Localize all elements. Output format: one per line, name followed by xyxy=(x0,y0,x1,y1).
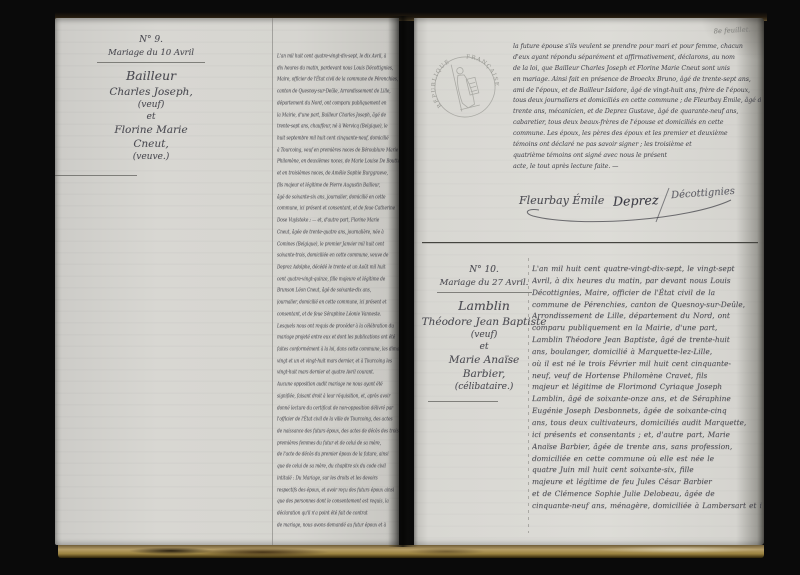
record-separator-rule xyxy=(422,242,758,243)
groom-surname: Bailleur xyxy=(126,67,176,85)
manuscript-line: neuf, veuf de Hortense Philomène Cravet,… xyxy=(532,372,762,381)
manuscript-line: fils majeur et légitime de Pierre August… xyxy=(277,182,399,189)
record-10-margin-notes: N° 10. Mariage du 27 Avril. Lamblin Théo… xyxy=(422,264,546,402)
manuscript-line: âgé de soixante-six ans, journalier, dom… xyxy=(277,194,399,201)
manuscript-line: quatre Juin mil huit cent soixante-six, … xyxy=(532,466,762,475)
manuscript-line: trente ans, mécanicien, et de Deprez Gus… xyxy=(513,108,761,115)
pencil-folio-note: 8e feuillet. xyxy=(713,26,750,35)
manuscript-line: déclaration qu'il n'a point été fait de … xyxy=(277,510,399,517)
manuscript-line: où il est né le trois Février mil huit c… xyxy=(532,360,762,369)
bride-given-names: Marie Anaïse xyxy=(449,353,520,367)
groom-surname: Lamblin xyxy=(458,297,510,315)
manuscript-line: huit septembre mil huit cent cinquante-n… xyxy=(277,135,399,142)
manuscript-line: ans, boulanger, domicilié à Marquette-le… xyxy=(532,348,762,357)
manuscript-line: premières femmes du futur et de celui de… xyxy=(277,440,399,447)
manuscript-line: signifiée, faisant droit à leur réquisit… xyxy=(277,393,399,400)
bride-status: (célibataire.) xyxy=(455,381,514,393)
manuscript-line: Philomène, en deuxièmes noces, de Marie … xyxy=(277,158,399,165)
manuscript-line: ans, tous deux cultivateurs, domiciliés … xyxy=(532,419,762,428)
manuscript-line: acte, le tout après lecture faite. — xyxy=(513,163,761,170)
signature-witness: Deprez xyxy=(613,192,659,209)
manuscript-line: et en troisièmes noces, de Amélie Sophie… xyxy=(277,170,399,177)
manuscript-line: Lesquels nous ont requis de procéder à l… xyxy=(277,323,399,330)
manuscript-line: comparu publiquement en la Mairie, d'une… xyxy=(532,324,762,333)
record-9-act-text: L'an mil huit cent quatre-vingt-dix-sept… xyxy=(277,53,399,535)
manuscript-line: ami de l'époux, et de Bailleur Isidore, … xyxy=(513,87,761,94)
manuscript-line: ici présents et consentants ; et, d'autr… xyxy=(532,431,762,440)
record-10-act-text: L'an mil huit cent quatre-vingt-dix-sept… xyxy=(532,265,762,517)
record-9-continuation-text: la future épouse s'ils veulent se prendr… xyxy=(513,43,761,177)
photograph-background: N° 9. Mariage du 10 Avril Bailleur Charl… xyxy=(0,0,800,575)
manuscript-line: et de Clémence Sophie Julie Delobeau, âg… xyxy=(532,490,762,499)
manuscript-line: consentant, et de feue Séraphine Léonie … xyxy=(277,311,399,318)
manuscript-line: de mariage, nous avons demandé au futur … xyxy=(277,522,399,529)
conjunction: et xyxy=(480,341,489,353)
bride-surname: Barbier, xyxy=(463,367,506,381)
manuscript-line: Avril, à dix heures du matin, par devant… xyxy=(532,277,762,286)
manuscript-line: que de celui de sa mère, du chapitre six… xyxy=(277,463,399,470)
manuscript-line: quatrième témoins ont signé avec nous le… xyxy=(513,152,761,159)
manuscript-line: trente-sept ans, chauffeur, né à Wervicq… xyxy=(277,123,399,130)
signature-witness: Fleurbay Émile xyxy=(519,194,604,207)
manuscript-line: L'an mil huit cent quatre-vingt-dix-sept… xyxy=(532,265,762,274)
conjunction: et xyxy=(147,111,156,123)
manuscript-line: intitulé : Du Mariage, sur les droits et… xyxy=(277,475,399,482)
margin-end-divider xyxy=(55,175,137,176)
manuscript-line: dix heures du matin, pardevant nous Loui… xyxy=(277,65,399,72)
manuscript-line: Maire, officier de l'État civil de la co… xyxy=(277,76,399,83)
manuscript-line: cinquante-neuf ans, ménagère, domiciliée… xyxy=(532,502,762,511)
manuscript-line: Eugénie Joseph Desbonnets, âgée de soixa… xyxy=(532,407,762,416)
manuscript-line: vingt et un et vingt-huit mars dernier, … xyxy=(277,358,399,365)
manuscript-line: d'eux ayant répondu séparément et affirm… xyxy=(513,54,761,61)
manuscript-line: mariage projeté entre eux et dont les pu… xyxy=(277,334,399,341)
left-page: N° 9. Mariage du 10 Avril Bailleur Charl… xyxy=(55,18,399,545)
manuscript-line: Deprez Adolphe, décédé le trente et un A… xyxy=(277,264,399,271)
manuscript-line: cabaretier, tous deux beaux-frères de l'… xyxy=(513,119,761,126)
left-margin-rule xyxy=(272,18,273,545)
manuscript-line: département du Nord, ont comparu publiqu… xyxy=(277,100,399,107)
manuscript-line: commune, ici présent et consentant, et d… xyxy=(277,205,399,212)
manuscript-line: de naissance des futurs époux, des actes… xyxy=(277,428,399,435)
republique-francaise-seal-icon: RÉPUBLIQUE FRANÇAISE xyxy=(420,42,510,132)
manuscript-line: que des personnes dont le consentement e… xyxy=(277,498,399,505)
manuscript-line: soixante-trois, domiciliée en cette comm… xyxy=(277,252,399,259)
manuscript-line: cent quatre-vingt-quinze, fille majeure … xyxy=(277,276,399,283)
bride-status: (veuve.) xyxy=(133,151,170,163)
record-date: Mariage du 27 Avril. xyxy=(440,277,529,290)
book-gutter xyxy=(388,16,418,547)
manuscript-line: la future épouse s'ils veulent se prendr… xyxy=(513,43,761,50)
manuscript-line: vingt-huit mars dernier et quatre Avril … xyxy=(277,369,399,376)
manuscript-line: témoins ont déclaré ne pas savoir signer… xyxy=(513,141,761,148)
manuscript-line: commune. Les époux, les pères des époux … xyxy=(513,130,761,137)
seal-legend-right: FRANÇAISE xyxy=(465,48,500,93)
margin-end-divider xyxy=(428,401,498,402)
manuscript-line: Arrondissement de Lille, département du … xyxy=(532,312,762,321)
right-page: 8e feuillet. la future épouse s'ils veul… xyxy=(414,18,764,545)
manuscript-line: Lamblin, âgé de soixante-onze ans, et de… xyxy=(532,395,762,404)
manuscript-line: journalier, domicilié en cette commune, … xyxy=(277,299,399,306)
manuscript-line: donné lecture du certificat de non-oppos… xyxy=(277,405,399,412)
record-date: Mariage du 10 Avril xyxy=(108,47,194,60)
manuscript-line: Anaïse Barbier, âgée de trente ans, sans… xyxy=(532,443,762,452)
signatures-row: Fleurbay Émile Deprez Décottignies xyxy=(519,186,764,230)
manuscript-line: domiciliée en cette commune où elle est … xyxy=(532,455,762,464)
manuscript-line: l'officier de l'État civil de la ville d… xyxy=(277,416,399,423)
manuscript-line: de l'acte de décès du premier époux de l… xyxy=(277,451,399,458)
manuscript-line: canton de Quesnoy-sur-Deûle, Arrondissem… xyxy=(277,88,399,95)
record-number: N° 9. xyxy=(139,34,163,47)
manuscript-line: Dose Vuylsteke ; — et, d'autre part, Flo… xyxy=(277,217,399,224)
svg-text:FRANÇAISE: FRANÇAISE xyxy=(465,48,500,93)
manuscript-line: faites conformément à la loi, dans cette… xyxy=(277,346,399,353)
groom-status: (veuf) xyxy=(471,329,498,341)
manuscript-line: majeure et légitime de feu Jules César B… xyxy=(532,478,762,487)
groom-given-names: Théodore Jean Baptiste xyxy=(422,315,547,329)
record-9-margin-notes: N° 9. Mariage du 10 Avril Bailleur Charl… xyxy=(63,34,239,176)
manuscript-line: Lamblin Théodore Jean Baptiste, âgé de t… xyxy=(532,336,762,345)
manuscript-line: la Mairie, d'une part, Bailleur Charles … xyxy=(277,112,399,119)
manuscript-line: de la loi, que Bailleur Charles Joseph e… xyxy=(513,65,761,72)
manuscript-line: majeur et légitime de Florimond Cyriaque… xyxy=(532,383,762,392)
bride-given-names: Florine Marie xyxy=(114,123,187,137)
margin-divider xyxy=(97,62,205,63)
manuscript-line: respectifs des époux, et avoir reçu des … xyxy=(277,487,399,494)
register-book-spread: N° 9. Mariage du 10 Avril Bailleur Charl… xyxy=(52,12,768,560)
manuscript-line: L'an mil huit cent quatre-vingt-dix-sept… xyxy=(277,53,399,60)
manuscript-line: Aucune opposition audit mariage ne nous … xyxy=(277,381,399,388)
bride-surname: Cneut, xyxy=(133,137,168,151)
groom-status: (veuf) xyxy=(138,99,165,111)
manuscript-line: Cneut, âgée de trente-quatre ans, journa… xyxy=(277,229,399,236)
manuscript-line: en mariage. Ainsi fait en présence de Br… xyxy=(513,76,761,83)
manuscript-line: Comines (Belgique), le premier Janvier m… xyxy=(277,241,399,248)
record-number: N° 10. xyxy=(469,264,499,277)
manuscript-line: tous deux journaliers et domiciliés en c… xyxy=(513,97,761,104)
manuscript-line: commune de Pérenchies, canton de Quesnoy… xyxy=(532,301,762,310)
manuscript-line: Décottignies, Maire, officier de l'État … xyxy=(532,289,762,298)
manuscript-line: Brunson Léon Cneut, âgé de soixante-dix … xyxy=(277,287,399,294)
manuscript-line: à Tourcoing, veuf en premières noces de … xyxy=(277,147,399,154)
groom-given-names: Charles Joseph, xyxy=(109,85,192,99)
margin-divider xyxy=(437,292,532,293)
